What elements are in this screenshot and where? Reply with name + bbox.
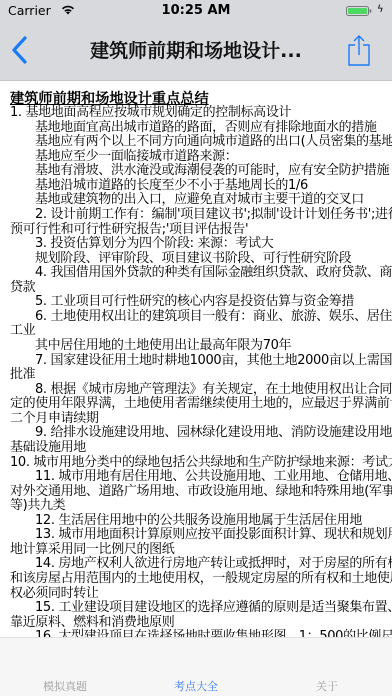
back-chevron-icon[interactable]	[8, 32, 32, 68]
clock: 10:25 AM	[0, 3, 392, 18]
document-line: 基础设施用地	[0, 441, 392, 456]
document-line: 基地或建筑物的出入口，应避免直对城市主要干道的交叉口	[0, 193, 392, 208]
document-line: 定的使用年限界满，土地使用者需继续使用土地的，应最迟于界满前十	[0, 397, 392, 412]
document-line: 16. 大型建设项目在选择场地时要收集地形图，1：500的比例尺的	[0, 630, 392, 637]
charging-bolt-icon: ϟ	[377, 4, 384, 15]
document-line: 基地有滑坡、洪水淹没或海潮侵袭的可能时，应有安全防护措施	[0, 164, 392, 179]
tab-key-points[interactable]: 考点大全	[131, 678, 261, 694]
status-bar: Carrier 10:25 AM ϟ	[0, 0, 392, 20]
document-line: 14. 房地产权利人欲进行房地产转让或抵押时，对于房屋的所有权	[0, 557, 392, 572]
document-line: 10. 城市用地分类中的绿地包括公共绿地和生产防护绿地来源：考试大	[0, 456, 392, 471]
document-line: 9. 给排水设施建设用地、园林绿化建设用地、消防设施建设用地属	[0, 426, 392, 441]
document-line: 7. 国家建设征用土地时耕地1000亩，其他土地2000亩以上需国务院	[0, 354, 392, 369]
battery-icon	[346, 6, 372, 16]
tab-about[interactable]: 关于	[262, 678, 392, 694]
document-line: 5. 工业项目可行性研究的核心内容是投资估算与资金筹措	[0, 295, 392, 310]
document-line: 和该房屋占用范围内的土地使用权，一般规定房屋的所有权和土地使用	[0, 572, 392, 587]
document-line: 预可行性和可行性研究报告;'项目评估报告'	[0, 223, 392, 238]
tab-bar: 模拟真题 考点大全 关于	[0, 637, 392, 696]
page-title: 建筑师前期和场地设计...	[66, 36, 326, 63]
document-line: 15. 工业建设项目建设地区的选择应遵循的原则是适当聚集布置、	[0, 601, 392, 616]
document-line: 3. 投资估算划分为四个阶段: 来源：考试大	[0, 237, 392, 252]
document-line: 4. 我国借用国外贷款的种类有国际金融组织贷款、政府贷款、商业	[0, 266, 392, 281]
document-view[interactable]: 建筑师前期和场地设计重点总结 1. 基地地面高程应按城市规划确定的控制标高设计基…	[0, 81, 392, 637]
document-line: 规划阶段、评审阶段、项目建议书阶段、可行性研究阶段	[0, 252, 392, 267]
document-line: 其中居住用地的土地使用出让最高年限为70年	[0, 339, 392, 354]
navigation-bar: 建筑师前期和场地设计...	[0, 20, 392, 81]
document-line: 基地地面宜高出城市道路的路面，否则应有排除地面水的措施	[0, 121, 392, 136]
document-line: 11. 城市用地有居住用地、公共设施用地、工业用地、仓储用地、	[0, 470, 392, 485]
document-line: 批准	[0, 368, 392, 383]
document-line: 2. 设计前期工作有：编制'项目建议书';拟制'设计计划任务书';进行	[0, 208, 392, 223]
tab-mock-exams[interactable]: 模拟真题	[0, 678, 130, 694]
document-body: 1. 基地地面高程应按城市规划确定的控制标高设计基地地面宜高出城市道路的路面，否…	[0, 106, 392, 637]
document-line: 对外交通用地、道路广场用地、市政设施用地、绿地和特殊用地(军事	[0, 485, 392, 500]
document-line: 权必须同时转让	[0, 587, 392, 602]
document-line: 工业	[0, 324, 392, 339]
document-line: 13. 城市用地面积计算原则应按平面投影面积计算、现状和规划用	[0, 528, 392, 543]
document-line: 等)共九类	[0, 499, 392, 514]
document-line: 6. 土地使用权出让的建筑项目一般有：商业、旅游、娱乐、居住、	[0, 310, 392, 325]
document-line: 1. 基地地面高程应按城市规划确定的控制标高设计	[0, 106, 392, 121]
document-line: 基地应有两个以上不同方向通向城市道路的出口(人员密集的基地)	[0, 135, 392, 150]
share-icon[interactable]	[346, 32, 372, 68]
